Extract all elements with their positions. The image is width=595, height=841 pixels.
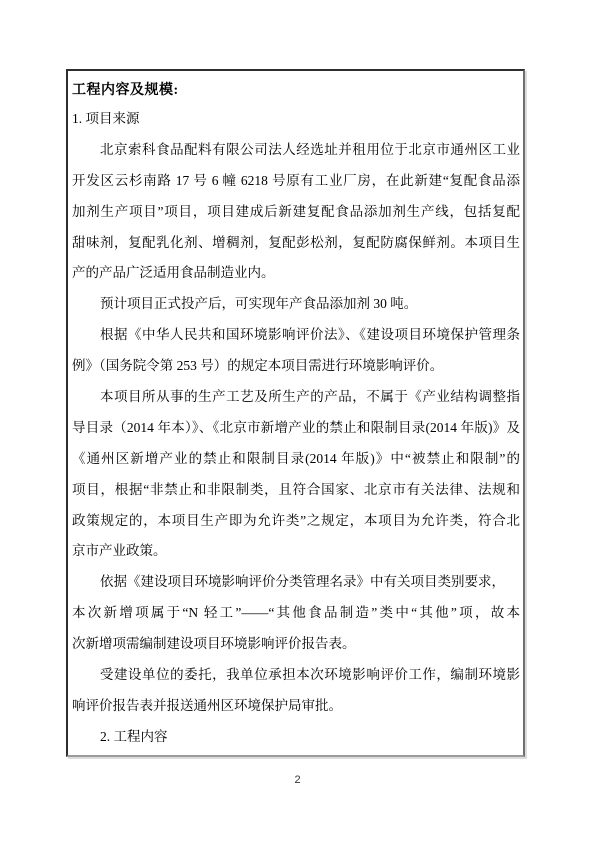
text-line: 2. 工程内容 xyxy=(72,722,520,753)
text-line: 导目录（2014 年本）》、《北京市新增产业的禁止和限制目录(2014 年版)》… xyxy=(72,413,520,444)
text-line: 本项目所从事的生产工艺及所生产的产品，不属于《产业结构调整指 xyxy=(72,382,520,413)
text-line: 本次新增项属于“N 轻工”——“其他食品制造”类中“其他”项，故本 xyxy=(72,598,520,629)
text-line: 政策规定的，本项目生产即为允许类”之规定，本项目为允许类，符合北 xyxy=(72,506,520,537)
text-line: 次新增项需编制建设项目环境影响评价报告表。 xyxy=(72,629,520,660)
text-line: 加剂生产项目”项目，项目建成后新建复配食品添加剂生产线，包括复配 xyxy=(72,197,520,228)
text-line: 1. 项目来源 xyxy=(72,104,520,135)
text-line: 依据《建设项目环境影响评价分类管理名录》中有关项目类别要求， xyxy=(72,567,520,598)
text-line: 例》（国务院令第 253 号）的规定本项目需进行环境影响评价。 xyxy=(72,351,520,382)
text-line: 根据《中华人民共和国环境影响评价法》、《建设项目环境保护管理条 xyxy=(72,320,520,351)
section-title: 工程内容及规模: xyxy=(72,78,520,104)
text-line: 产的产品广泛适用食品制造业内。 xyxy=(72,258,520,289)
text-line: 《通州区新增产业的禁止和限制目录(2014 年版)》中“被禁止和限制”的 xyxy=(72,444,520,475)
section-body: 1. 项目来源北京索科食品配料有限公司法人经选址并租用位于北京市通州区工业开发区… xyxy=(72,104,520,753)
text-line: 受建设单位的委托，我单位承担本次环境影响评价工作，编制环境影 xyxy=(72,660,520,691)
text-line: 开发区云杉南路 17 号 6 幢 6218 号原有工业厂房，在此新建“复配食品添 xyxy=(72,166,520,197)
text-line: 项目，根据“非禁止和非限制类，且符合国家、北京市有关法律、法规和 xyxy=(72,475,520,506)
page-number: 2 xyxy=(0,774,595,786)
text-line: 预计项目正式投产后，可实现年产食品添加剂 30 吨。 xyxy=(72,289,520,320)
text-line: 北京索科食品配料有限公司法人经选址并租用位于北京市通州区工业 xyxy=(72,135,520,166)
content-and-scale-table-cell: 工程内容及规模: 1. 项目来源北京索科食品配料有限公司法人经选址并租用位于北京… xyxy=(66,69,525,757)
text-line: 甜味剂，复配乳化剂、增稠剂，复配彭松剂，复配防腐保鲜剂。本项目生 xyxy=(72,228,520,259)
text-line: 响评价报告表并报送通州区环境保护局审批。 xyxy=(72,691,520,722)
text-line: 京市产业政策。 xyxy=(72,536,520,567)
